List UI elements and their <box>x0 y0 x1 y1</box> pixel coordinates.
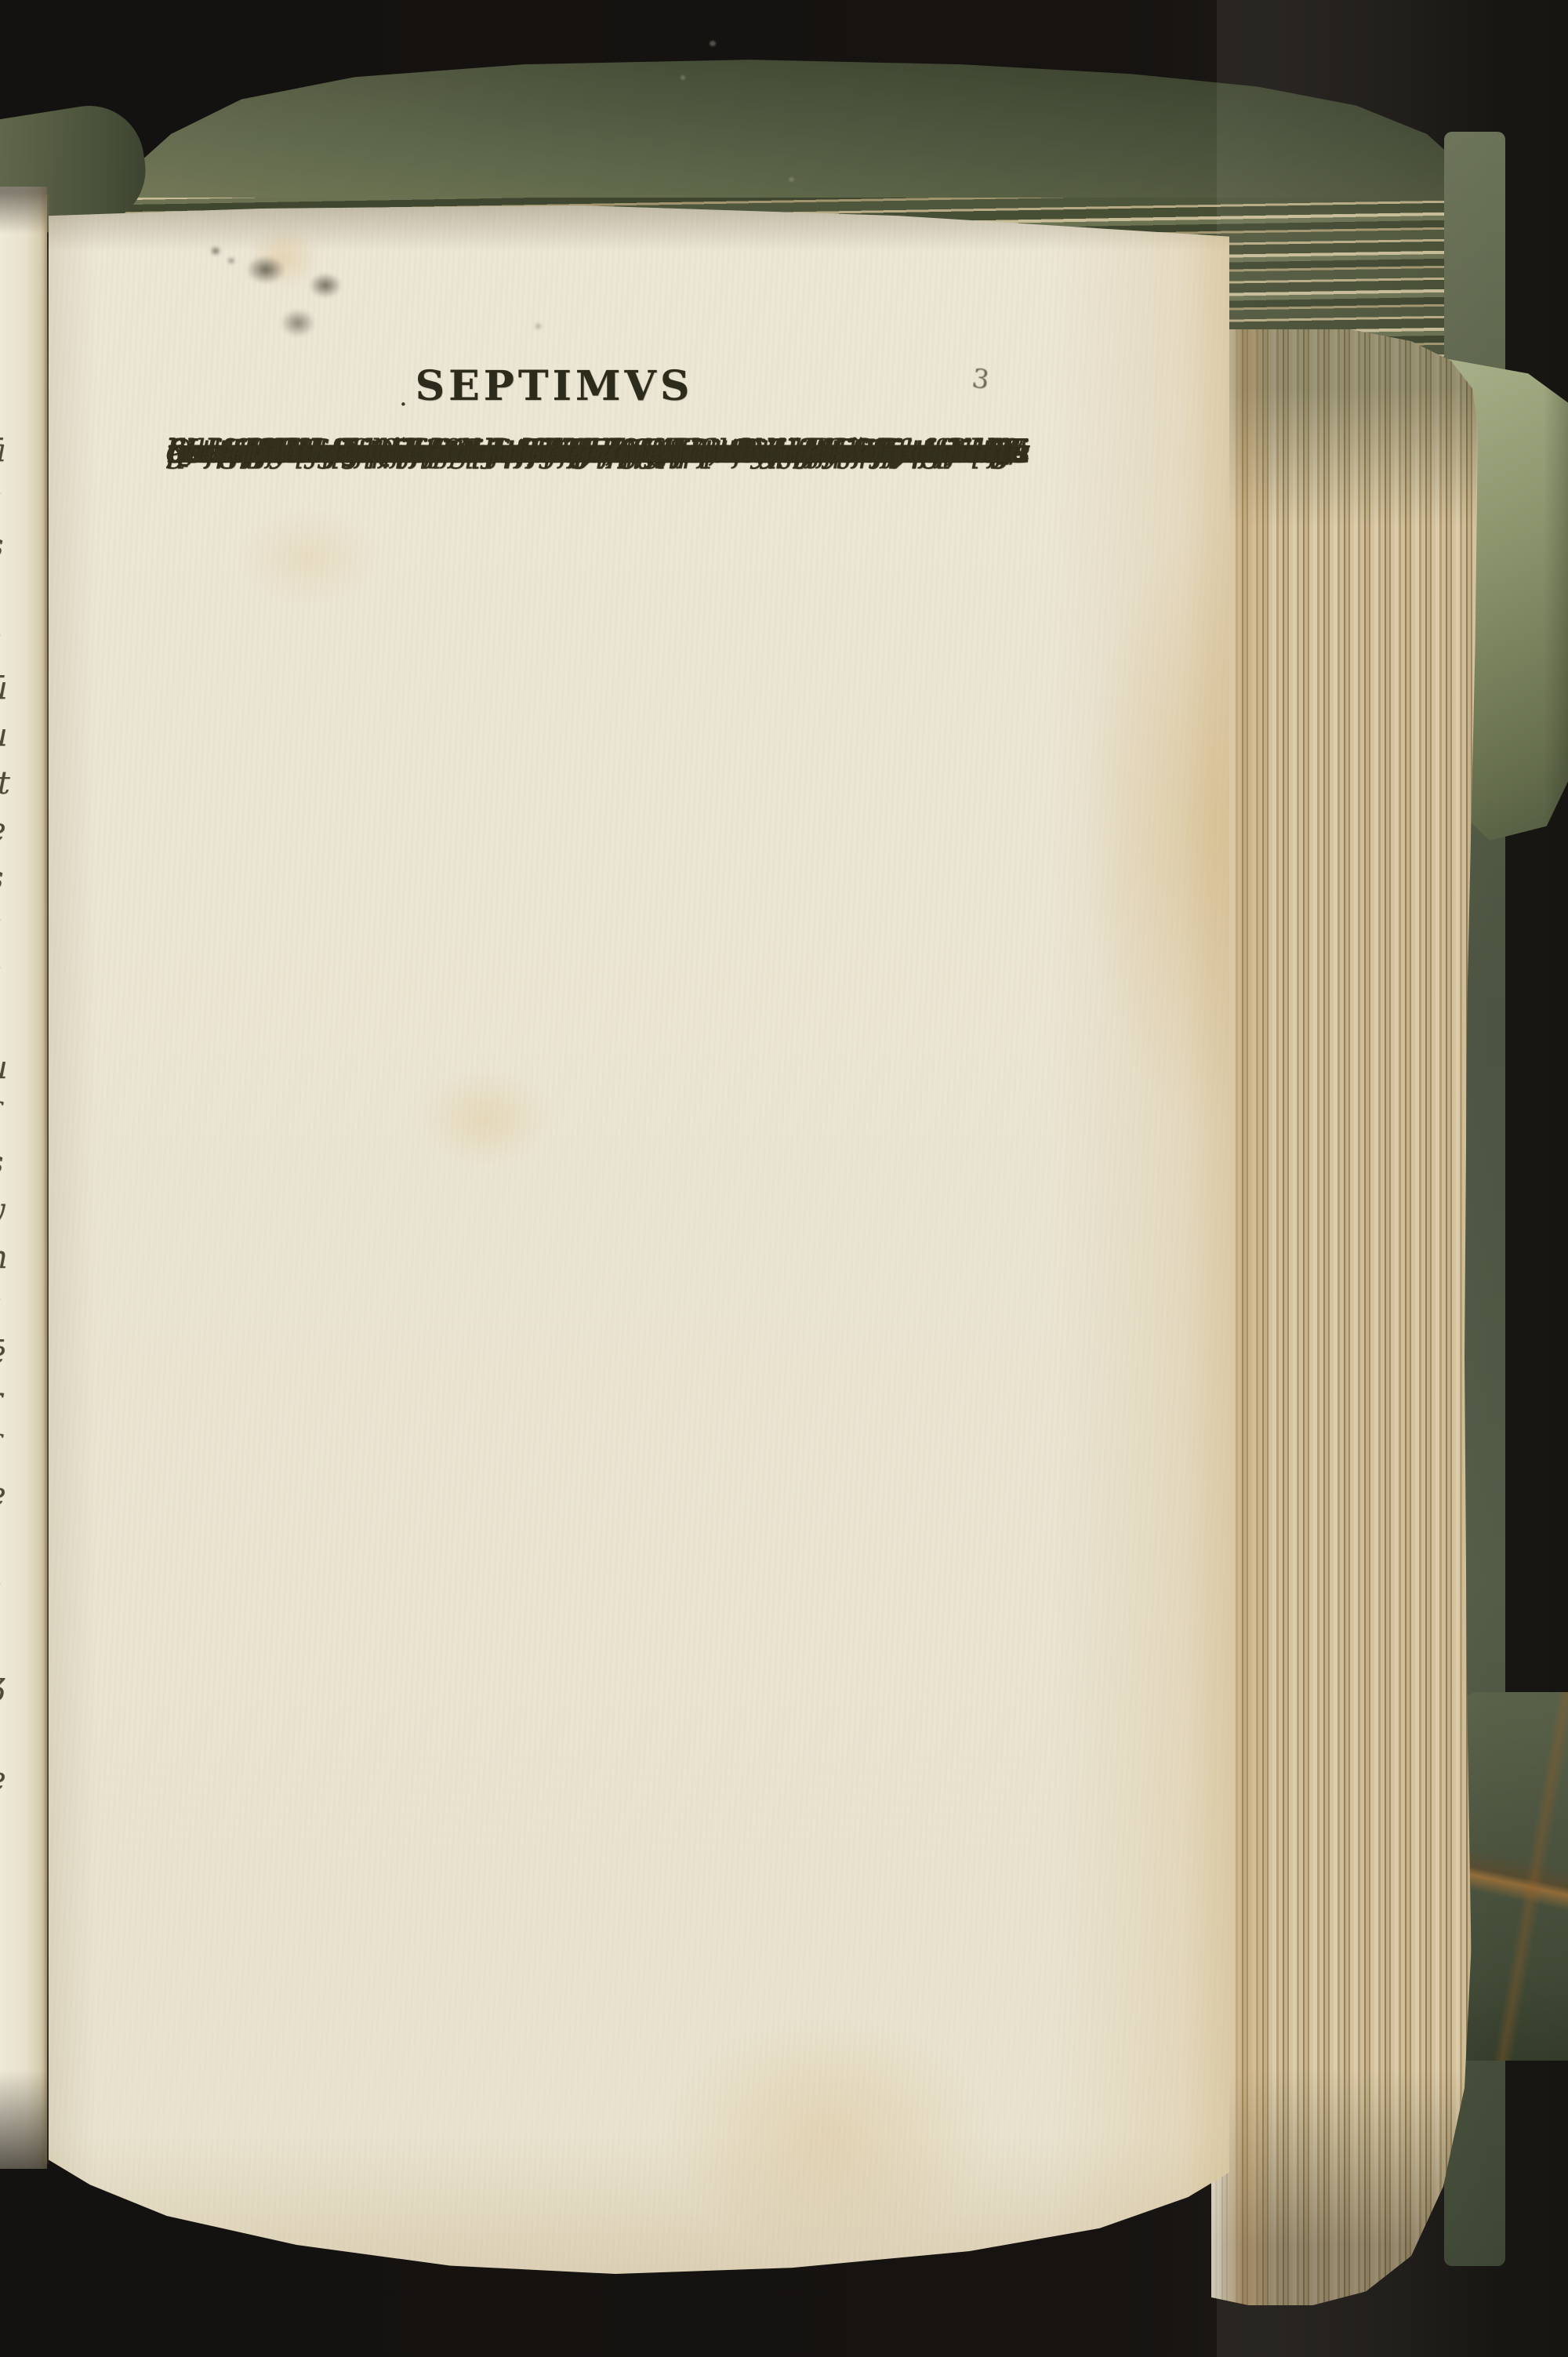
facing-page-fragment: i <box>0 578 20 609</box>
facing-page-fragment: e <box>0 1479 20 1510</box>
facing-page-fragment: t <box>0 1289 20 1320</box>
ink-smudge <box>281 309 315 337</box>
facing-page-fragment: e <box>0 1763 20 1795</box>
folio-mark: 3 <box>970 363 993 397</box>
facing-page-fragment: y <box>0 1194 20 1226</box>
facing-page-fragment: it <box>0 768 20 799</box>
facing-page-fragment: u <box>0 1052 20 1084</box>
facing-page-fragment: t <box>0 957 20 989</box>
facing-page-fragment: t <box>0 625 20 656</box>
book-page: SEPTIMVS . 3 cœpiſſent ultionem:dein Cyr… <box>49 205 1229 2280</box>
fore-edge-pages <box>1211 329 1478 2305</box>
facing-page-fragment: t <box>0 910 20 941</box>
facing-page-fragment: ʒ <box>0 1669 20 1700</box>
facing-page-fragment: t <box>0 1574 20 1605</box>
ink-speck <box>535 323 542 329</box>
facing-page-fragment: ı <box>0 1527 20 1558</box>
dust-speck <box>789 177 794 182</box>
book-scan: ā t s i t ū u it ę s t t u ſ s y n t ē r… <box>0 0 1568 2357</box>
top-edge-sheen <box>86 52 1497 210</box>
dust-speck <box>710 41 716 46</box>
ink-speck <box>227 257 235 264</box>
facing-page-fragment: r <box>0 1384 20 1415</box>
facing-page-sliver: ā t s i t ū u it ę s t t u ſ s y n t ē r… <box>0 187 47 2169</box>
ink-speck <box>210 246 221 256</box>
ink-smudge <box>309 273 342 298</box>
page-header: SEPTIMVS <box>331 362 778 410</box>
facing-page-fragment: ę <box>0 815 20 846</box>
binding-strap <box>1458 1692 1568 2061</box>
facing-page-fragment: ſ <box>0 1432 20 1463</box>
facing-page-fragment: n <box>0 1242 20 1273</box>
text-line: bat:qui loqui aliquid uellet:quem dato r… <box>166 428 1021 476</box>
facing-page-fragment: s <box>0 1147 20 1178</box>
facing-page-fragment: s <box>0 863 20 894</box>
facing-page-fragment: ā <box>0 435 20 467</box>
gutter-shadow <box>45 194 49 2164</box>
facing-page-fragment: ſ <box>0 1099 20 1131</box>
facing-page-fragment: u <box>0 720 20 751</box>
header-dot: . <box>399 381 408 412</box>
facing-page-fragment: s <box>0 530 20 561</box>
dust-speck <box>681 75 685 80</box>
facing-page-fragment: t <box>0 483 20 514</box>
facing-page-fragment: ū <box>0 673 20 704</box>
ink-smudge <box>246 256 285 284</box>
facing-page-fragment: ē <box>0 1337 20 1368</box>
